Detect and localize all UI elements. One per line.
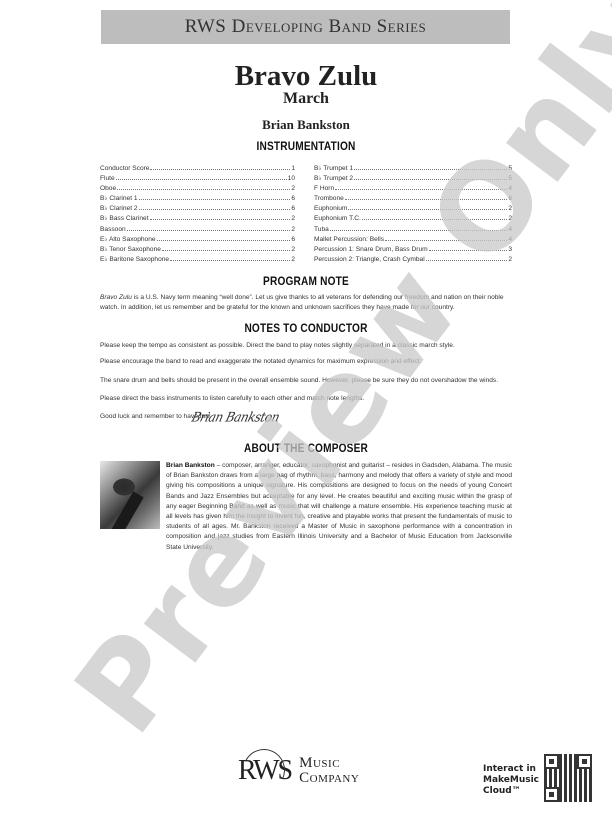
dot-leader (116, 173, 287, 180)
instrument-name: E♭ Alto Saxophone (100, 235, 156, 244)
program-note-title: Bravo Zulu (100, 294, 132, 301)
notes-to-conductor-heading: NOTES TO CONDUCTOR (37, 323, 576, 335)
instrument-row: B♭ Trumpet 25 (314, 173, 512, 183)
instrument-count: 1 (291, 164, 295, 173)
instrument-row: E♭ Baritone Saxophone2 (100, 254, 295, 264)
dot-leader (345, 193, 508, 200)
instrumentation-list-right: B♭ Trumpet 15B♭ Trumpet 25F Horn4Trombon… (314, 163, 512, 264)
rws-logo-mark: RWS (238, 755, 291, 787)
instrument-name: Percussion 2: Triangle, Crash Cymbal (314, 255, 425, 264)
instrument-row: Flute10 (100, 173, 295, 183)
instrument-row: Percussion 2: Triangle, Crash Cymbal2 (314, 254, 512, 264)
instrument-count: 6 (291, 194, 295, 203)
conductor-note-3: The snare drum and bells should be prese… (100, 376, 512, 386)
instrument-count: 6 (291, 235, 295, 244)
about-composer-heading: ABOUT THE COMPOSER (37, 443, 576, 455)
conductor-note-5: Good luck and remember to have fun! (100, 412, 512, 422)
program-note-body: is a U.S. Navy term meaning “well done”.… (100, 294, 504, 311)
program-note-heading: PROGRAM NOTE (37, 276, 576, 288)
instrument-count: 10 (288, 174, 295, 183)
series-title: RWS Developing Band Series (185, 16, 427, 38)
instrument-row: B♭ Clarinet 16 (100, 193, 295, 203)
instrument-row: B♭ Bass Clarinet2 (100, 213, 295, 223)
qr-code-icon[interactable] (544, 754, 592, 802)
logo-line-music: Music (299, 756, 359, 771)
dot-leader (348, 203, 507, 210)
dot-leader (162, 244, 290, 251)
dot-leader (335, 183, 507, 190)
piece-title: Bravo Zulu (0, 60, 612, 93)
instrumentation-heading: INSTRUMENTATION (37, 141, 576, 153)
instrument-name: Euphonium T.C. (314, 214, 361, 223)
dot-leader (157, 234, 291, 241)
dot-leader (385, 234, 507, 241)
instrument-row: Euphonium T.C.2 (314, 213, 512, 223)
instrument-count: 4 (508, 235, 512, 244)
conductor-note-2: Please encourage the band to read and ex… (100, 357, 512, 367)
logo-line-company: Company (299, 771, 359, 786)
instrument-count: 2 (291, 255, 295, 264)
instrument-name: B♭ Tenor Saxophone (100, 245, 161, 254)
dot-leader (117, 183, 290, 190)
instrument-name: Trombone (314, 194, 344, 203)
dot-leader (330, 224, 508, 231)
conductor-note-1: Please keep the tempo as consistent as p… (100, 341, 512, 351)
makemusic-line-2: MakeMusic (483, 775, 539, 786)
qr-finder-top-right (577, 754, 592, 769)
instrument-name: F Horn (314, 184, 334, 193)
instrument-name: Bassoon (100, 225, 126, 234)
instrument-count: 3 (508, 245, 512, 254)
makemusic-line-1: Interact in (483, 764, 539, 775)
dot-leader (426, 254, 508, 261)
instrument-count: 2 (291, 184, 295, 193)
dot-leader (150, 163, 290, 170)
instrument-count: 6 (508, 194, 512, 203)
makemusic-cloud-label[interactable]: Interact in MakeMusic Cloud™ (483, 764, 539, 797)
instrument-count: 2 (291, 225, 295, 234)
instrument-count: 4 (508, 184, 512, 193)
instrument-name: B♭ Bass Clarinet (100, 214, 149, 223)
instrument-name: Percussion 1: Snare Drum, Bass Drum (314, 245, 428, 254)
dot-leader (127, 224, 291, 231)
rws-logo-text: Music Company (299, 756, 359, 786)
instrument-name: Oboe (100, 184, 116, 193)
composer-bio: Brian Bankston – composer, arranger, edu… (166, 461, 512, 553)
instrument-count: 2 (291, 214, 295, 223)
instrument-name: Tuba (314, 225, 329, 234)
instrument-name: Conductor Score (100, 164, 149, 173)
instrumentation-list-left: Conductor Score1Flute10Oboe2B♭ Clarinet … (100, 163, 295, 264)
instrument-row: B♭ Tenor Saxophone2 (100, 244, 295, 254)
instrument-name: Flute (100, 174, 115, 183)
instrument-count: 6 (291, 204, 295, 213)
instrument-name: B♭ Trumpet 1 (314, 164, 353, 173)
qr-finder-bottom-left (544, 787, 559, 802)
dot-leader (354, 163, 507, 170)
piece-subtitle: March (0, 90, 612, 108)
dot-leader (139, 193, 291, 200)
conductor-note-4: Please direct the bass instruments to li… (100, 394, 512, 404)
instrument-count: 2 (508, 204, 512, 213)
instrument-row: B♭ Clarinet 26 (100, 203, 295, 213)
rws-music-company-logo: RWS Music Company (238, 755, 359, 787)
composer-bio-name: Brian Bankston (166, 462, 215, 469)
instrument-count: 2 (508, 255, 512, 264)
composer-photo (100, 461, 160, 529)
instrument-row: B♭ Trumpet 15 (314, 163, 512, 173)
instrument-row: Euphonium2 (314, 203, 512, 213)
dot-leader (170, 254, 290, 261)
instrument-row: Percussion 1: Snare Drum, Bass Drum3 (314, 244, 512, 254)
dot-leader (150, 213, 291, 220)
dot-leader (429, 244, 508, 251)
instrument-name: B♭ Clarinet 2 (100, 204, 138, 213)
program-note-text: Bravo Zulu is a U.S. Navy term meaning “… (100, 293, 512, 313)
instrument-row: Bassoon2 (100, 224, 295, 234)
instrument-name: Euphonium (314, 204, 347, 213)
instrument-name: E♭ Baritone Saxophone (100, 255, 169, 264)
dot-leader (354, 173, 507, 180)
composer-signature: Brian Bankston (190, 409, 281, 424)
qr-finder-top-left (544, 754, 559, 769)
instrument-count: 5 (508, 174, 512, 183)
instrument-count: 4 (508, 225, 512, 234)
composer-bio-text: – composer, arranger, educator, saxophon… (166, 462, 512, 551)
instrument-name: B♭ Trumpet 2 (314, 174, 353, 183)
instrument-count: 2 (291, 245, 295, 254)
dot-leader (362, 213, 508, 220)
instrument-count: 2 (508, 214, 512, 223)
instrument-row: F Horn4 (314, 183, 512, 193)
instrument-name: Mallet Percussion: Bells (314, 235, 384, 244)
dot-leader (139, 203, 291, 210)
instrument-count: 5 (508, 164, 512, 173)
instrument-row: E♭ Alto Saxophone6 (100, 234, 295, 244)
instrument-name: B♭ Clarinet 1 (100, 194, 138, 203)
instrument-row: Trombone6 (314, 193, 512, 203)
composer-name: Brian Bankston (0, 117, 612, 133)
instrument-row: Mallet Percussion: Bells4 (314, 234, 512, 244)
makemusic-line-3: Cloud™ (483, 786, 539, 797)
instrument-row: Conductor Score1 (100, 163, 295, 173)
series-banner: RWS Developing Band Series (101, 10, 510, 44)
instrument-row: Tuba4 (314, 224, 512, 234)
instrument-row: Oboe2 (100, 183, 295, 193)
